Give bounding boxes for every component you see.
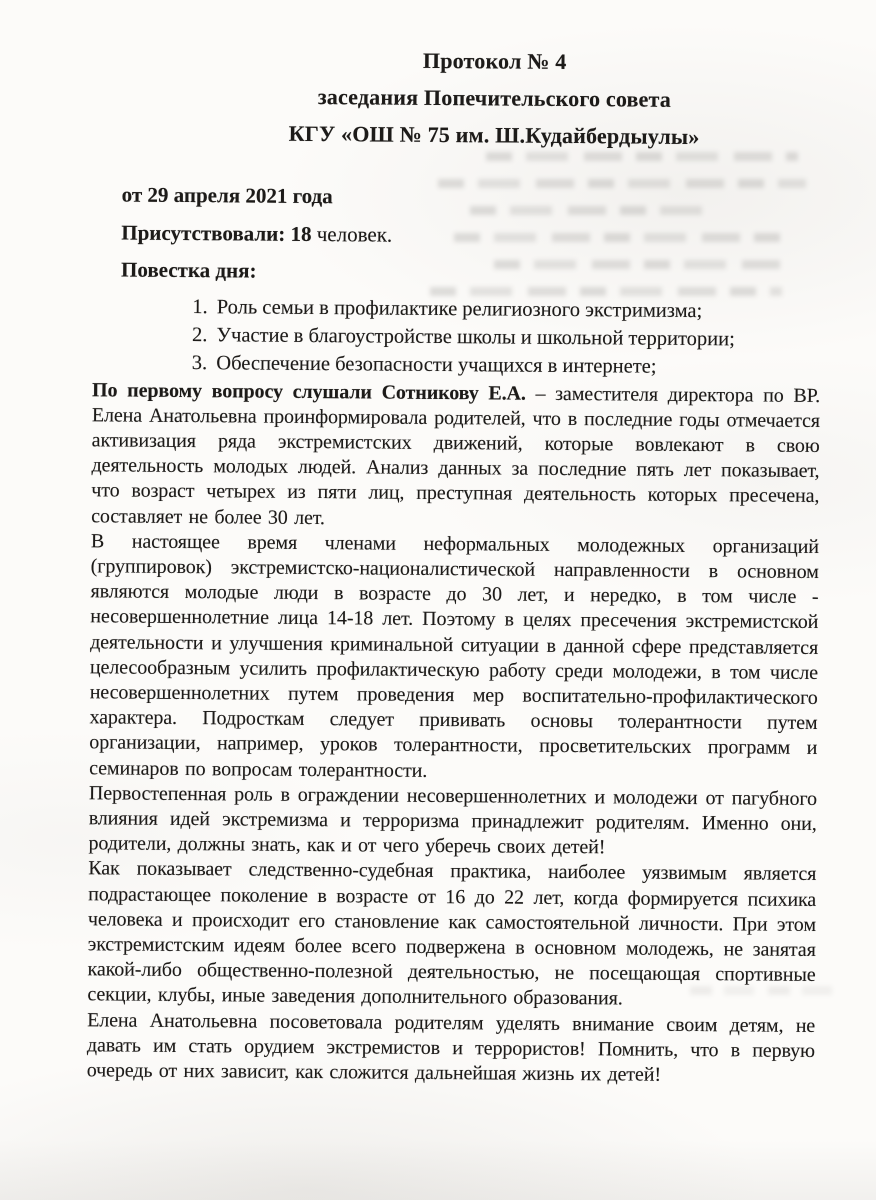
paragraph-text: В настоящее время членами неформальных м… <box>89 530 819 781</box>
attendees-line: Присутствовали: 18 человек. <box>121 214 821 257</box>
document-subtitle-board: заседания Попечительского совета <box>130 77 858 120</box>
document-content: Протокол № 4 заседания Попечительского с… <box>0 0 876 1200</box>
paragraph-text: Елена Анатольевна посоветовала родителям… <box>87 1009 816 1086</box>
agenda-heading: Повестка дня: <box>121 251 821 294</box>
attendees-unit: человек. <box>311 221 392 246</box>
paragraph-text: – заместителя директора по ВР. Елена Ана… <box>91 382 820 528</box>
paragraph-advice: Елена Анатольевна посоветовала родителям… <box>87 1008 816 1089</box>
agenda-item-2: Участие в благоустройстве школы и школьн… <box>212 321 820 354</box>
paragraph-current-situation: В настоящее время членами неформальных м… <box>89 529 819 787</box>
agenda-list: Роль семьи в профилактике религиозного э… <box>92 292 821 382</box>
scanned-document-page: Протокол № 4 заседания Попечительского с… <box>0 0 876 1200</box>
document-title: Протокол № 4 <box>131 40 859 83</box>
document-body: По первому вопросу слушали Сотникову Е.А… <box>87 378 821 1089</box>
paragraph-first-question: По первому вопросу слушали Сотникову Е.А… <box>91 378 820 535</box>
paragraph-parents-role: Первостепенная роль в ограждении несовер… <box>88 781 817 862</box>
agenda-item-1: Роль семьи в профилактике религиозного э… <box>213 293 821 326</box>
document-date: от 29 апреля 2021 года <box>121 177 821 220</box>
document-header: Протокол № 4 заседания Попечительского с… <box>130 40 859 157</box>
paragraph-text: Как показывает следственно-судебная прак… <box>87 858 816 1010</box>
document-meta: от 29 апреля 2021 года Присутствовали: 1… <box>121 177 822 295</box>
attendees-count: Присутствовали: 18 <box>121 220 311 245</box>
document-subtitle-school: КГУ «ОШ № 75 им. Ш.Кудайбердыулы» <box>130 114 858 157</box>
paragraph-text: Первостепенная роль в ограждении несовер… <box>88 782 817 858</box>
paragraph-judicial-practice: Как показывает следственно-судебная прак… <box>87 857 816 1014</box>
agenda-item-3: Обеспечение безопасности учащихся в инте… <box>212 349 820 382</box>
speaker-lead: По первому вопросу слушали Сотникову Е.А… <box>92 379 526 404</box>
